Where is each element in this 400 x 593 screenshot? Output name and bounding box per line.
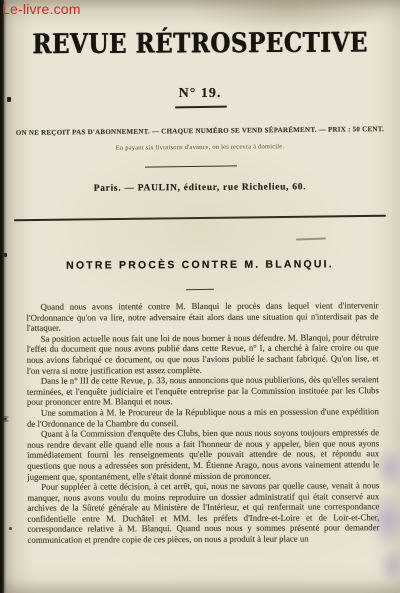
- ink-speck: [7, 97, 11, 102]
- article-heading: NOTRE PROCÈS CONTRE M. BLANQUI.: [10, 258, 390, 272]
- article-body: Quand nous avons intenté contre M. Blanq…: [0, 300, 400, 545]
- article-paragraph: Pour suppléer à cette décision, à cet ar…: [27, 480, 379, 545]
- article-paragraph: Dans le n° III de cette Revue, p. 33, no…: [27, 374, 379, 407]
- article-paragraph: Une sommation à M. le Procureur de la Ré…: [27, 406, 379, 429]
- article-paragraph: Quand nous avons intenté contre M. Blanq…: [26, 300, 378, 333]
- watermark-text: Le-livre.com: [2, 1, 81, 17]
- ink-stain: [362, 438, 400, 588]
- ink-speck: [1, 418, 7, 420]
- subscription-notice: ON NE REÇOIT PAS D'ABONNEMENT. — CHAQUE …: [10, 125, 390, 137]
- ink-speck: [4, 253, 7, 257]
- scan-fleck: [296, 237, 326, 240]
- publisher-imprint: Paris. — PAULIN, éditeur, rue Richelieu,…: [10, 182, 390, 195]
- delivery-notice: En payant six livraisons d'avance, on le…: [10, 142, 390, 152]
- ink-speck: [9, 527, 12, 530]
- issue-number-underline: [175, 106, 227, 109]
- article-paragraph: Sa position actuelle nous fait une loi d…: [27, 332, 379, 376]
- divider-rule-short: [145, 165, 237, 168]
- divider-rule-long: [14, 215, 386, 221]
- scanned-page: Le-livre.com REVUE RÉTROSPECTIVE N° 19. …: [0, 0, 400, 593]
- publication-title: REVUE RÉTROSPECTIVE: [0, 27, 400, 61]
- article-paragraph: Quant à la Commission d'enquête des Club…: [27, 427, 379, 482]
- issue-number: N° 19.: [0, 86, 400, 102]
- heading-divider: [186, 289, 214, 291]
